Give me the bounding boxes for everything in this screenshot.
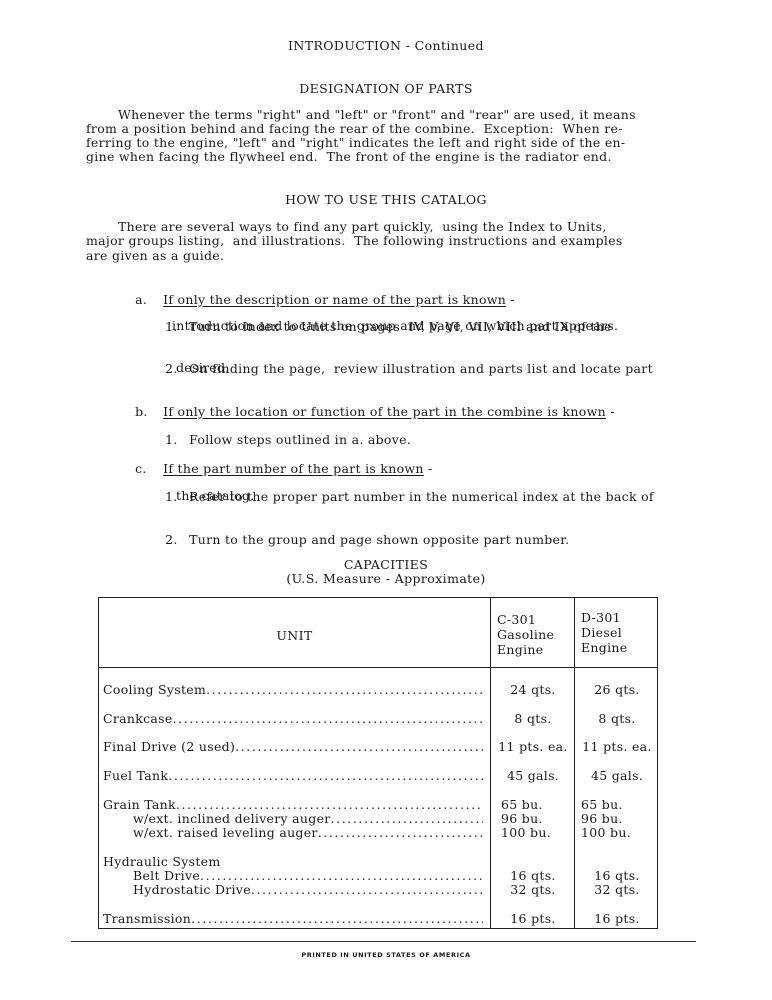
c301-cell: 100 bu. <box>501 825 585 840</box>
catalog-page: INTRODUCTION - Continued DESIGNATION OF … <box>0 0 772 1000</box>
printed-notice: PRINTED IN UNITED STATES OF AMERICA <box>0 951 772 959</box>
column-header-c301: C-301 Gasoline Engine <box>497 612 554 657</box>
unit-cell: Fuel Tank...............................… <box>103 768 483 783</box>
unit-cell: Grain Tank..............................… <box>103 797 483 812</box>
table-row: w/ext. raised leveling auger............… <box>99 825 659 840</box>
c301-cell: 8 qts. <box>491 711 575 726</box>
header-divider <box>99 667 657 668</box>
unit-cell: Transmission............................… <box>103 911 483 926</box>
section-label: c. <box>135 462 163 477</box>
dot-leader: ........................................… <box>331 811 483 826</box>
unit-cell: w/ext. raised leveling auger............… <box>133 825 483 840</box>
d301-cell: 32 qts. <box>575 882 659 897</box>
dot-leader: ........................................… <box>176 797 483 812</box>
unit-cell: Final Drive (2 used)....................… <box>103 739 483 754</box>
how-to-use-line-2: major groups listing, and illustrations.… <box>86 234 623 249</box>
dot-leader: ........................................… <box>318 825 483 840</box>
c301-cell: 11 pts. ea. <box>491 739 575 754</box>
unit-cell: Hydrostatic Drive.......................… <box>133 882 483 897</box>
column-header-unit: UNIT <box>99 628 490 643</box>
d301-cell: 11 pts. ea. <box>575 739 659 754</box>
c301-cell: 16 pts. <box>491 911 575 926</box>
table-row: Crankcase...............................… <box>99 711 659 726</box>
table-row: Grain Tank..............................… <box>99 797 659 812</box>
dot-leader: ........................................… <box>251 882 483 897</box>
section-a-step-1-cont: introduction and locate the group and pa… <box>172 319 618 334</box>
section-c-step-2: 2.Turn to the group and page shown oppos… <box>148 518 569 562</box>
table-row: Hydrostatic Drive.......................… <box>99 882 659 897</box>
c301-cell: 32 qts. <box>491 882 575 897</box>
designation-line-4: gine when facing the flywheel end. The f… <box>86 150 612 165</box>
d301-cell: 16 qts. <box>575 868 659 883</box>
section-c-step-1-cont: the catalog. <box>176 489 254 504</box>
dot-leader: ........................................… <box>173 711 483 726</box>
table-row: Transmission............................… <box>99 911 659 926</box>
capacities-subtitle: (U.S. Measure - Approximate) <box>0 571 772 586</box>
unit-cell: w/ext. inclined delivery auger..........… <box>133 811 483 826</box>
section-label: b. <box>135 405 163 420</box>
d301-cell: 100 bu. <box>581 825 665 840</box>
unit-cell: Hydraulic System <box>103 854 483 869</box>
c301-cell: 96 bu. <box>501 811 585 826</box>
footer-rule <box>71 941 696 942</box>
table-row: Final Drive (2 used)....................… <box>99 739 659 754</box>
d301-cell: 16 pts. <box>575 911 659 926</box>
unit-cell: Belt Drive..............................… <box>133 868 483 883</box>
d301-cell: 96 bu. <box>581 811 665 826</box>
column-header-d301: D-301 Diesel Engine <box>581 610 627 655</box>
designation-title: DESIGNATION OF PARTS <box>0 81 772 96</box>
dot-leader: ........................................… <box>200 868 483 883</box>
c301-cell: 65 bu. <box>501 797 585 812</box>
how-to-use-title: HOW TO USE THIS CATALOG <box>0 192 772 207</box>
dot-leader: ........................................… <box>168 768 483 783</box>
capacities-table: UNIT C-301 Gasoline Engine D-301 Diesel … <box>98 597 658 929</box>
d301-cell: 26 qts. <box>575 682 659 697</box>
dot-leader: ........................................… <box>206 682 483 697</box>
c301-cell: 16 qts. <box>491 868 575 883</box>
d301-cell: 65 bu. <box>581 797 665 812</box>
unit-cell: Cooling System..........................… <box>103 682 483 697</box>
table-row: Fuel Tank...............................… <box>99 768 659 783</box>
table-row: Belt Drive..............................… <box>99 868 659 883</box>
table-row: Cooling System..........................… <box>99 682 659 697</box>
section-heading-text: If only the location or function of the … <box>163 404 606 419</box>
c301-cell: 45 gals. <box>491 768 575 783</box>
section-a-step-2-cont: desired. <box>176 361 230 376</box>
section-heading-text: If the part number of the part is known <box>163 461 424 476</box>
unit-cell: Crankcase...............................… <box>103 711 483 726</box>
page-header: INTRODUCTION - Continued <box>0 38 772 53</box>
table-row: w/ext. inclined delivery auger..........… <box>99 811 659 826</box>
c301-cell: 24 qts. <box>491 682 575 697</box>
dot-leader: ........................................… <box>235 739 483 754</box>
d301-cell: 45 gals. <box>575 768 659 783</box>
dot-leader: ........................................… <box>191 911 483 926</box>
d301-cell: 8 qts. <box>575 711 659 726</box>
table-row: Hydraulic System <box>99 854 659 869</box>
how-to-use-line-3: are given as a guide. <box>86 249 224 264</box>
capacities-title: CAPACITIES <box>0 557 772 572</box>
